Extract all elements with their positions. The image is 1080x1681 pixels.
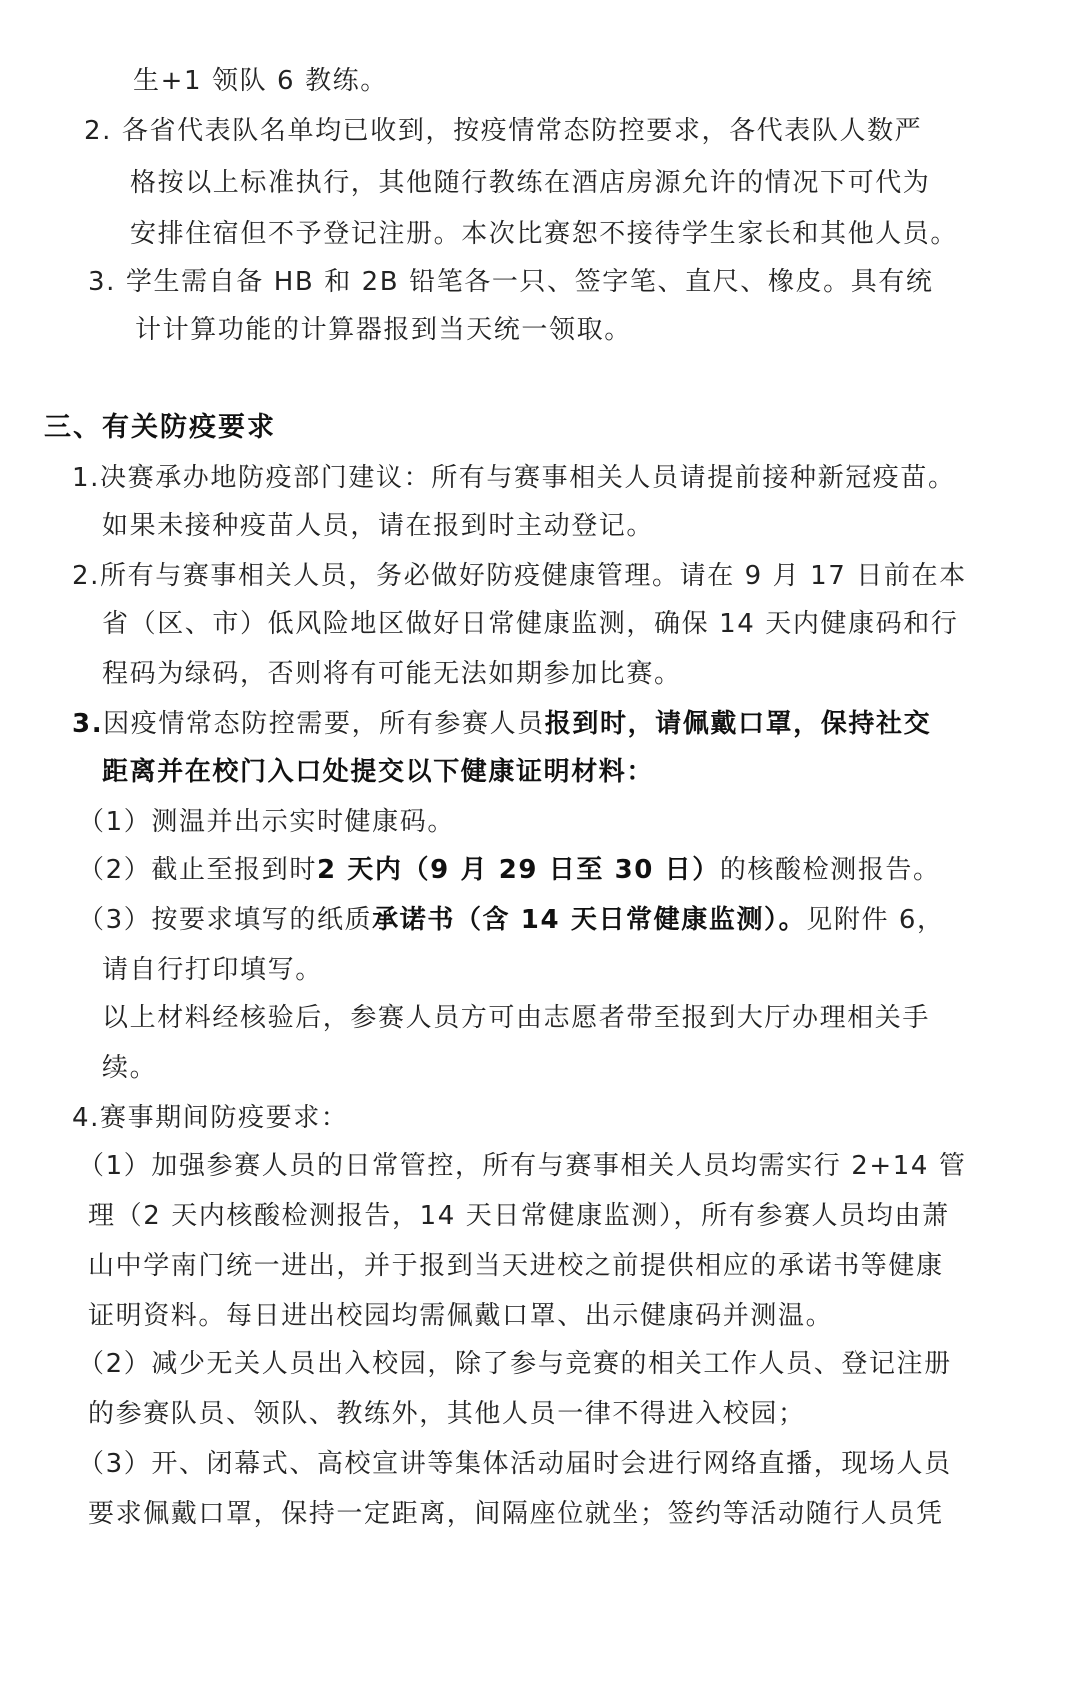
- sub-bold-text: 2 天内（9 月 29 日至 30 日）: [317, 855, 720, 885]
- item-3-bold-text: 距离并在校门入口处提交以下健康证明材料：: [102, 757, 654, 787]
- item-3-sub-3: （3）按要求填写的纸质承诺书（含 14 天日常健康监测）。见附件 6，: [78, 903, 945, 937]
- list-item-2: 2. 各省代表队名单均已收到，按疫情常态防控要求，各代表队人数严: [84, 114, 922, 148]
- item-2-line: 省（区、市）低风险地区做好日常健康监测，确保 14 天内健康码和行: [102, 607, 958, 641]
- sub-text: 见附件 6，: [806, 905, 944, 935]
- item-3-number: 3.: [72, 709, 103, 739]
- item-4-sub-1: 山中学南门统一进出，并于报到当天进校之前提供相应的承诺书等健康: [88, 1249, 944, 1283]
- item-1-line: 1.决赛承办地防疫部门建议：所有与赛事相关人员请提前接种新冠疫苗。: [72, 461, 956, 495]
- text-line: 格按以上标准执行，其他随行教练在酒店房源允许的情况下可代为: [130, 166, 930, 200]
- item-2-line: 程码为绿码，否则将有可能无法如期参加比赛。: [102, 657, 682, 691]
- text-line: 生+1 领队 6 教练。: [133, 64, 388, 98]
- text-line: 计计算功能的计算器报到当天统一领取。: [135, 313, 632, 347]
- item-1-line: 如果未接种疫苗人员，请在报到时主动登记。: [102, 509, 654, 543]
- item-3-text: 因疫情常态防控需要，所有参赛人员: [103, 709, 545, 739]
- section-heading: 三、有关防疫要求: [44, 411, 276, 445]
- item-3-bold-text: 报到时，请佩戴口罩，保持社交: [545, 709, 931, 739]
- item-3-note: 以上材料经核验后，参赛人员方可由志愿者带至报到大厅办理相关手: [102, 1001, 930, 1035]
- sub-text: （3）按要求填写的纸质: [78, 905, 372, 935]
- list-item-3: 3. 学生需自备 HB 和 2B 铅笔各一只、签字笔、直尺、橡皮。具有统: [88, 265, 934, 299]
- item-3-line: 距离并在校门入口处提交以下健康证明材料：: [102, 755, 654, 789]
- item-4-sub-3: 要求佩戴口罩，保持一定距离，间隔座位就坐；签约等活动随行人员凭: [88, 1497, 944, 1531]
- item-3-note: 续。: [102, 1051, 157, 1085]
- item-2-line: 2.所有与赛事相关人员，务必做好防疫健康管理。请在 9 月 17 日前在本: [72, 559, 967, 593]
- item-4-sub-2: （2）减少无关人员出入校园，除了参与竞赛的相关工作人员、登记注册: [78, 1347, 952, 1381]
- item-3-sub-1: （1）测温并出示实时健康码。: [78, 805, 455, 839]
- text-line: 安排住宿但不予登记注册。本次比赛恕不接待学生家长和其他人员。: [130, 217, 958, 251]
- item-4-sub-1: （1）加强参赛人员的日常管控，所有与赛事相关人员均需实行 2+14 管: [78, 1149, 966, 1183]
- item-4-sub-2: 的参赛队员、领队、教练外，其他人员一律不得进入校园；: [88, 1397, 806, 1431]
- sub-text: （2）截止至报到时: [78, 855, 317, 885]
- document-page: 生+1 领队 6 教练。 2. 各省代表队名单均已收到，按疫情常态防控要求，各代…: [0, 0, 1080, 1681]
- item-4-sub-3: （3）开、闭幕式、高校宣讲等集体活动届时会进行网络直播，现场人员: [78, 1447, 952, 1481]
- item-4-sub-1: 理（2 天内核酸检测报告，14 天日常健康监测），所有参赛人员均由萧: [88, 1199, 950, 1233]
- sub-bold-text: 承诺书（含 14 天日常健康监测）。: [372, 905, 806, 935]
- item-3-line: 3.因疫情常态防控需要，所有参赛人员报到时，请佩戴口罩，保持社交: [72, 707, 931, 741]
- sub-text: 的核酸检测报告。: [720, 855, 941, 885]
- item-3-sub-3-cont: 请自行打印填写。: [102, 953, 323, 987]
- item-4-title: 4.赛事期间防疫要求：: [72, 1101, 348, 1135]
- item-4-sub-1: 证明资料。每日进出校园均需佩戴口罩、出示健康码并测温。: [88, 1299, 833, 1333]
- item-3-sub-2: （2）截止至报到时2 天内（9 月 29 日至 30 日）的核酸检测报告。: [78, 853, 941, 887]
